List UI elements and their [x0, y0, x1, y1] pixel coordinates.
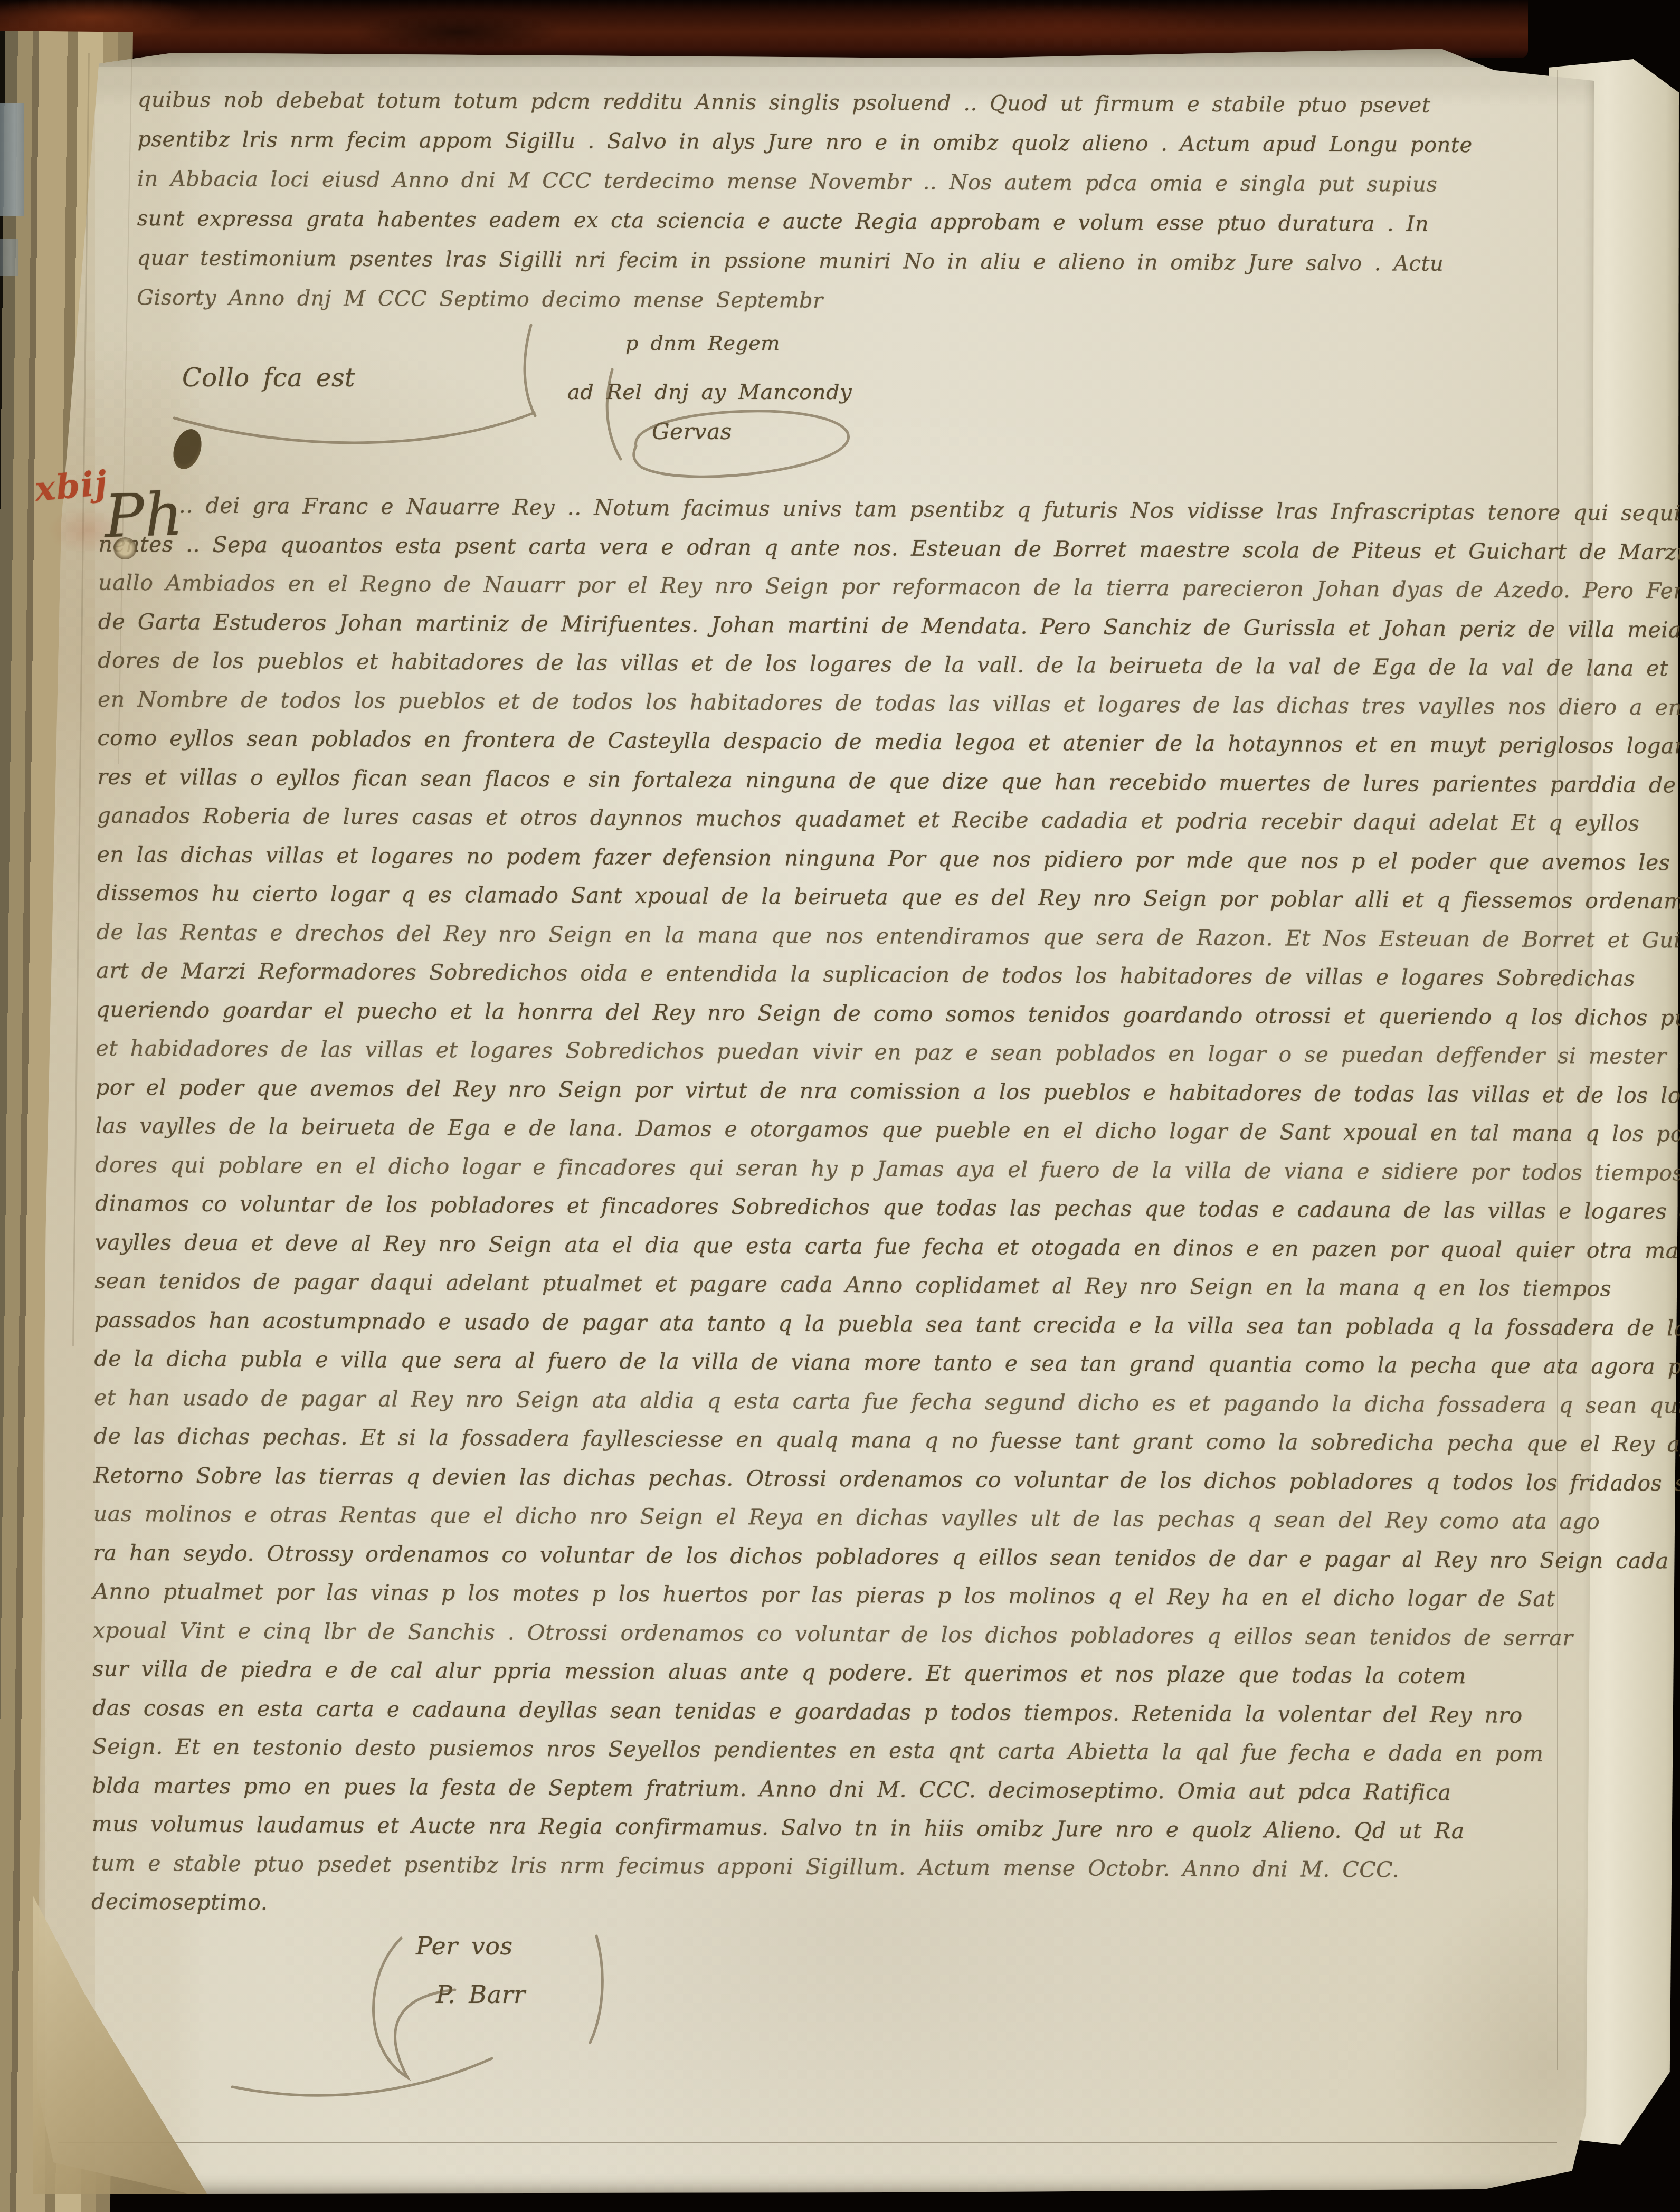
parchment-stain: [113, 537, 137, 559]
folio-numeral-rubric: xbij: [33, 463, 109, 509]
text-line: en Nombre de todos los pueblos et de tod…: [98, 680, 1581, 726]
text-line: et habidadores de las villas et logares …: [96, 1029, 1579, 1076]
text-line: .. dei gra Franc e Nauarre Rey .. Notum …: [99, 486, 1582, 533]
text-line: decimoseptimo.: [91, 1883, 1574, 1929]
chancery-note-referendum: ad Rel dnj ay Mancondy: [567, 380, 852, 404]
page-bottom-edge-line: [58, 2142, 1557, 2143]
chancery-note-per-dominum: p dnm Regem: [625, 331, 780, 355]
notary-signature: P. Barr: [436, 1980, 526, 2009]
text-line: xpoual Vint e cinq lbr de Sanchis . Otro…: [93, 1611, 1576, 1657]
text-line: sunt expressa grata habentes eadem ex ct…: [137, 199, 1573, 245]
book-binding-leather: [0, 0, 1528, 58]
text-line: Gisorty Anno dnj M CCC Septimo decimo me…: [137, 278, 1572, 324]
text-line: Seign. Et en testonio desto pusiemos nro…: [92, 1727, 1575, 1774]
text-line: quibus nob debebat totum totum pdcm redd…: [138, 80, 1573, 126]
text-line: psentibz lris nrm fecim appom Sigillu . …: [137, 120, 1573, 166]
text-line: dores qui poblare en el dicho logar e fi…: [95, 1145, 1578, 1192]
clerk-name-note: Gervas: [652, 419, 732, 444]
collation-note: Collo fca est: [182, 363, 355, 393]
bookmark-ribbon: [0, 103, 24, 216]
bookmark-ribbon: [0, 239, 18, 276]
text-line: quar testimonium psentes lras Sigilli nr…: [137, 239, 1572, 284]
text-line: como eyllos sean poblados en frontera de…: [97, 719, 1580, 765]
text-line: sur villa de piedra e de cal alur ppria …: [92, 1650, 1575, 1696]
text-line: de las dichas pechas. Et si la fossadera…: [94, 1417, 1577, 1464]
confirmation-paragraph: quibus nob debebat totum totum pdcm redd…: [137, 80, 1573, 324]
text-line: art de Marzi Reformadores Sobredichos oi…: [96, 952, 1579, 998]
text-line: sean tenidos de pagar daqui adelant ptua…: [94, 1262, 1578, 1308]
charter-text-block: .. dei gra Franc e Nauarre Rey .. Notum …: [91, 486, 1582, 1929]
text-line: uas molinos e otras Rentas que el dicho …: [93, 1495, 1577, 1541]
notary-subscription: Per vos: [416, 1932, 513, 1960]
text-line: dinamos co voluntar de los pobladores et…: [95, 1184, 1578, 1231]
text-line: in Abbacia loci eiusd Anno dni M CCC ter…: [137, 159, 1573, 205]
manuscript-photo: xbij quibus nob debebat totum totum pdcm…: [0, 0, 1680, 2212]
text-line: ganados Roberia de lures casas et otros …: [97, 796, 1580, 843]
text-line: uallo Ambiados en el Regno de Nauarr por…: [98, 564, 1581, 610]
